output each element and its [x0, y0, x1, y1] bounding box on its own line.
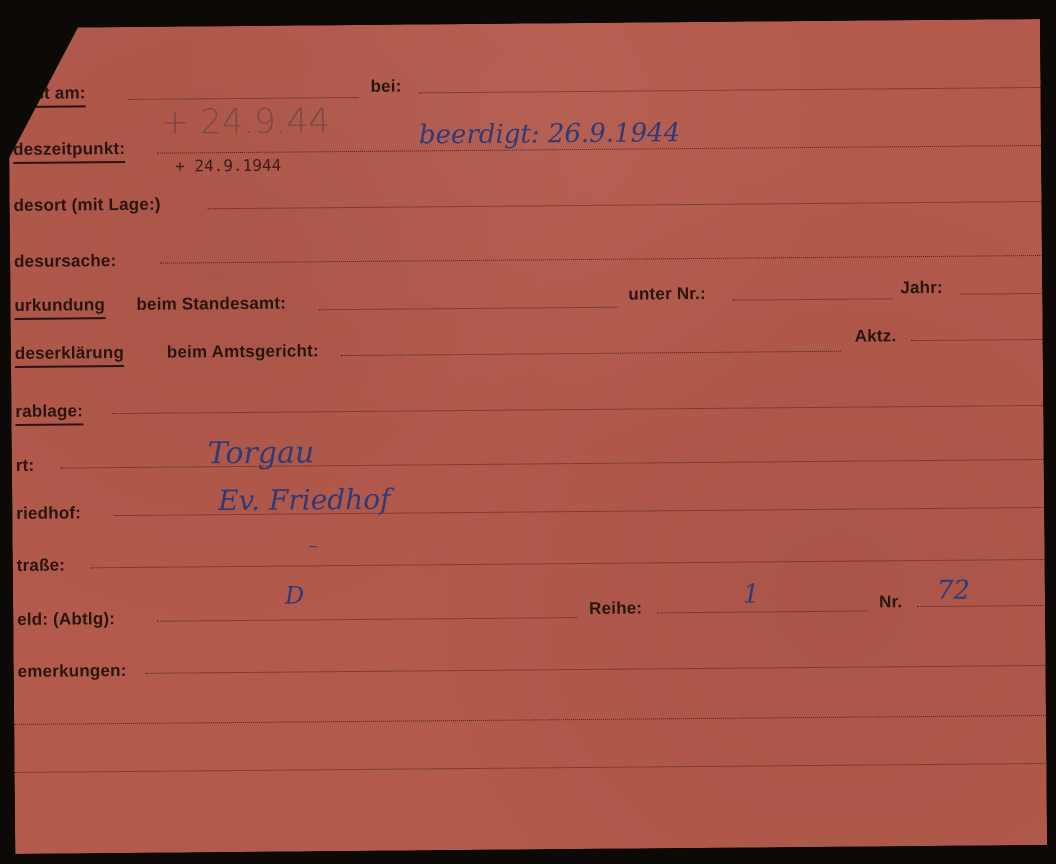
field-reihe[interactable]: [657, 611, 867, 614]
label-aktz: Aktz.: [855, 326, 897, 346]
bemerkungen-line-2[interactable]: [14, 715, 1046, 725]
bemerkungen-line-3[interactable]: [14, 763, 1046, 773]
handwritten-feld: D: [285, 581, 304, 609]
label-todesort: desort (mit Lage:): [13, 195, 160, 216]
label-unter-nr: unter Nr.:: [628, 284, 706, 305]
handwritten-reihe: 1: [743, 579, 760, 609]
field-todesursache[interactable]: [160, 255, 1042, 264]
field-bemerkungen[interactable]: [146, 665, 1046, 674]
label-bemerkungen: emerkungen:: [18, 661, 127, 682]
field-standesamt[interactable]: [318, 307, 618, 311]
field-strasse[interactable]: [91, 559, 1045, 568]
handwritten-nr: 72: [937, 576, 970, 606]
field-aktz[interactable]: [911, 339, 1043, 341]
label-bei: bei:: [370, 77, 401, 97]
label-todeszeitpunkt: deszeitpunkt:: [13, 139, 125, 164]
label-strasse: traße:: [17, 556, 66, 576]
index-card: ißt am: bei: + 24.9.44 deszeitpunkt: + 2…: [8, 19, 1047, 854]
grablage-line: [111, 405, 1043, 414]
handwritten-strasse: –: [308, 535, 317, 556]
field-unter-nr[interactable]: [732, 298, 892, 300]
label-beurkundung: urkundung: [14, 295, 105, 320]
label-jahr: Jahr:: [900, 278, 943, 298]
label-amtsgericht: beim Amtsgericht:: [167, 341, 319, 362]
label-grablage: rablage:: [15, 401, 83, 426]
pencil-date: + 24.9.44: [161, 101, 330, 142]
field-todesort[interactable]: [208, 201, 1042, 209]
label-feld: eld: (Abtlg):: [17, 609, 115, 630]
field-feld[interactable]: [157, 617, 577, 622]
typed-date: + 24.9.1944: [175, 156, 281, 176]
label-friedhof: riedhof:: [16, 503, 81, 524]
label-todeserklaerung: deserklärung: [15, 343, 124, 368]
field-amtsgericht[interactable]: [341, 351, 841, 356]
label-nr: Nr.: [879, 592, 902, 612]
label-gefallen-am: ißt am:: [28, 83, 85, 107]
label-reihe: Reihe:: [589, 598, 642, 618]
label-standesamt: beim Standesamt:: [136, 294, 286, 315]
label-todesursache: desursache:: [14, 251, 117, 272]
field-gefallen-am[interactable]: [129, 97, 359, 100]
label-ort: rt:: [16, 456, 35, 476]
field-bei-line-1: [419, 87, 1041, 93]
field-jahr[interactable]: [960, 293, 1042, 295]
handwritten-burial-date: beerdigt: 26.9.1944: [419, 118, 681, 150]
